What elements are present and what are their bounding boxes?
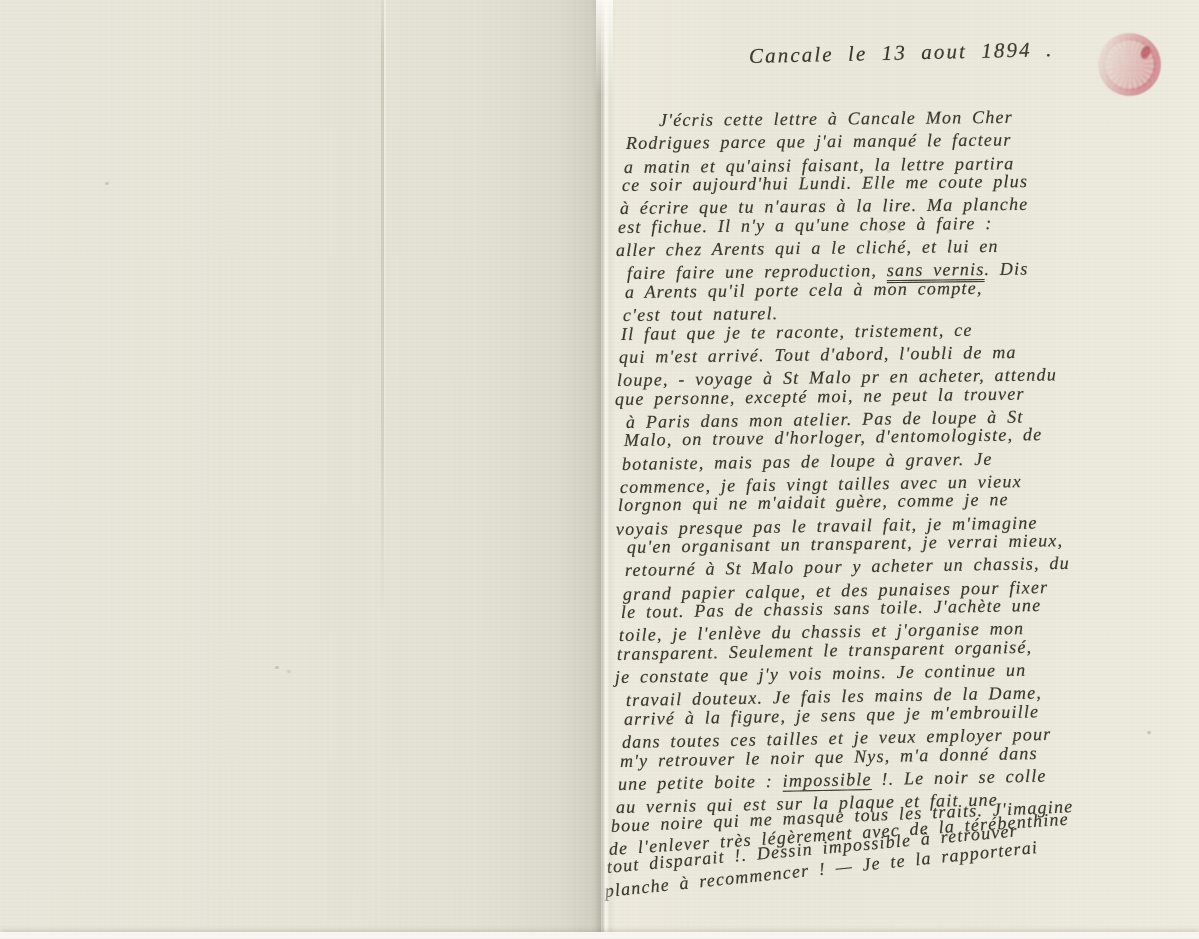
left-page-fold-crease-highlight xyxy=(384,0,386,560)
letter-line: ce soir aujourd'hui Lundi. Elle me coute… xyxy=(622,171,1028,196)
letter-line: aller chez Arents qui a le cliché, et lu… xyxy=(616,236,999,261)
letter-line: botaniste, mais pas de loupe à graver. J… xyxy=(622,448,993,474)
letter-line: Rodrigues parce que j'ai manqué le facte… xyxy=(626,130,1012,154)
letter-line: qui m'est arrivé. Tout d'abord, l'oubli … xyxy=(619,342,1017,368)
letter-line: lorgnon qui ne m'aidait guère, comme je … xyxy=(618,489,1009,516)
underlined-phrase: impossible xyxy=(782,769,871,791)
left-page-fold-crease xyxy=(381,0,384,620)
letter-body: Cancale le 13 aout 1894 . J'écris cette … xyxy=(601,0,1199,939)
scan-bottom-edge xyxy=(0,932,1199,939)
date-line: Cancale le 13 aout 1894 . xyxy=(749,37,1054,69)
letter-line: Il faut que je te raconte, tristement, c… xyxy=(621,319,973,344)
letter-line: a Arents qu'il porte cela à mon compte, xyxy=(625,278,983,303)
letter-line: est fichue. Il n'y a qu'une chose à fair… xyxy=(618,213,993,238)
right-page: Cancale le 13 aout 1894 . J'écris cette … xyxy=(601,0,1199,939)
letter-scan: Cancale le 13 aout 1894 . J'écris cette … xyxy=(0,0,1199,939)
letter-line: J'écris cette lettre à Cancale Mon Cher xyxy=(659,107,1013,131)
letter-line: Malo, on trouve d'horloger, d'entomologi… xyxy=(624,424,1043,451)
left-page-blank xyxy=(0,0,601,939)
